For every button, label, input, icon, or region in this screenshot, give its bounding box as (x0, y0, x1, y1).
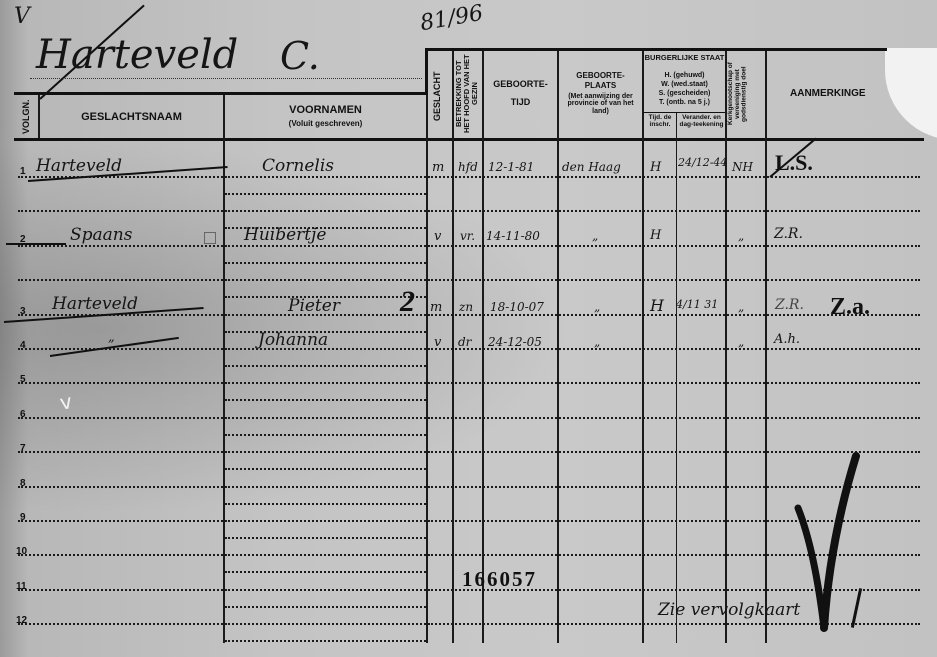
col-header-aanmerkingen: AANMERKINGE (790, 89, 890, 100)
entry-1-firstname: Cornelis (262, 156, 334, 176)
entry-1-status: H (650, 160, 661, 175)
dotted-rule (225, 245, 426, 247)
col-header-geslacht: GESLACHT (433, 60, 447, 132)
bs-option-t: T. (ontb. na 5 j.) (644, 99, 725, 106)
card-notch (885, 48, 937, 140)
entry-3-religion: „ (738, 300, 744, 314)
entry-1-status-change: 24/12-44 (678, 156, 727, 169)
header-initial: C. (280, 34, 320, 78)
dotted-rule (18, 348, 223, 350)
row-number: 7 (20, 443, 26, 454)
row-number: 6 (20, 409, 26, 420)
entry-3-firstname: Pieter (288, 296, 340, 316)
entry-3-sex: m (430, 300, 442, 315)
col-header-voornamen-sub: (Voluit geschreven) (225, 120, 426, 128)
row-number: 9 (20, 512, 26, 523)
dotted-rule (428, 279, 920, 281)
za-stamp: Z.a. (830, 294, 870, 321)
row-number: 3 (20, 306, 26, 317)
large-check-icon (790, 448, 870, 638)
col-header-betrekking: BETREKKING TOT HET HOOFD VAN HET GEZIN (455, 54, 481, 134)
col-header-bs-tijd: Tijd. de inschr. (644, 115, 676, 129)
entry-2-strike (6, 243, 66, 245)
col-header-voornamen: VOORNAMEN (225, 105, 426, 117)
entry-3-remarks: Z.R. (775, 297, 804, 313)
entry-2-religion: „ (738, 229, 744, 243)
entry-1-relation: hfd (458, 160, 478, 174)
entry-2-remarks: Z.R. (774, 226, 803, 242)
entry-1-religion: NH (732, 160, 753, 174)
dotted-rule (225, 262, 426, 264)
dotted-rule (18, 486, 223, 488)
col-header-bs-verander: Verander. en dag-teekening (678, 115, 725, 129)
col-line-bs-tijd (676, 112, 677, 643)
entry-3-mark: 2 (400, 285, 415, 319)
row-number: 5 (20, 374, 26, 385)
registration-number-stamp: 166057 (462, 567, 537, 592)
entry-2-firstname: Huibertje (244, 225, 326, 245)
row-number: 10 (16, 546, 27, 557)
dotted-rule (225, 399, 426, 401)
header-dotted-line (30, 78, 422, 79)
bs-option-s: S. (gescheiden) (644, 90, 725, 97)
dotted-rule (225, 537, 426, 539)
dotted-rule (225, 176, 426, 178)
entry-4-firstname: Johanna (258, 330, 328, 350)
entry-1-birthdate: 12-1-81 (488, 160, 534, 174)
dotted-rule (225, 606, 426, 608)
entry-2-surname: Spaans (70, 225, 132, 245)
entry-4-remarks: A.h. (774, 332, 800, 347)
dotted-rule (428, 210, 920, 212)
dotted-rule (18, 382, 223, 384)
entry-3-birthplace: „ (594, 300, 600, 314)
row-number: 8 (20, 478, 26, 489)
row-number: 11 (16, 581, 27, 592)
faint-v-mark: v (58, 389, 74, 415)
dotted-rule (225, 589, 426, 591)
dotted-rule (225, 279, 426, 281)
dotted-rule (18, 279, 223, 281)
entry-4-relation: dr (458, 335, 471, 349)
entry-4-sex: v (434, 335, 441, 350)
dotted-rule (18, 417, 223, 419)
reference-number: 81/96 (418, 1, 485, 37)
dotted-rule (428, 245, 920, 247)
dotted-rule (428, 382, 920, 384)
entry-2-small-stamp (204, 232, 216, 244)
header-rule-right (425, 48, 887, 51)
row-number: 4 (20, 340, 26, 351)
entry-2-birthplace: „ (592, 229, 598, 243)
col-header-geslachtsnaam: GESLACHTSNAAM (40, 112, 223, 124)
bs-option-w: W. (wed.staat) (644, 81, 725, 88)
col-header-volgnr: VOLGN. (22, 100, 36, 134)
col-header-geboorteplaats-1: GEBOORTE- (559, 72, 642, 80)
entry-3-surname: Harteveld (52, 294, 138, 314)
footer-note: Zie vervolgkaart (658, 600, 800, 620)
dotted-rule (18, 623, 223, 625)
entry-2-sex: v (434, 229, 441, 244)
dotted-rule (225, 554, 426, 556)
bs-subheader-rule (643, 112, 725, 113)
entry-3-birthdate: 18-10-07 (490, 300, 544, 314)
entry-1-birthplace: den Haag (562, 160, 621, 174)
dotted-rule (18, 589, 223, 591)
entry-1-surname: Harteveld (36, 156, 122, 176)
entry-4-surname: „ (108, 330, 115, 345)
header-bottom-rule (14, 138, 924, 141)
dotted-rule (18, 245, 223, 247)
entry-4-birthplace: „ (594, 335, 600, 349)
dotted-rule (428, 176, 920, 178)
header-rule-left (14, 92, 428, 95)
entry-4-birthdate: 24-12-05 (488, 335, 542, 349)
dotted-rule (225, 468, 426, 470)
registration-card: V 81/96 Harteveld C. VOLGN. GESLACHTSNAA… (0, 0, 937, 657)
dotted-rule (18, 451, 223, 453)
dotted-rule (225, 486, 426, 488)
entry-4-religion: „ (738, 335, 744, 349)
row-number: 12 (16, 615, 27, 626)
dotted-rule (225, 623, 426, 625)
col-header-kerkgenootschap: Kerkgenootschap of vereeniging met godsd… (728, 53, 764, 135)
entry-3-status: H (650, 296, 664, 315)
dotted-rule (225, 451, 426, 453)
entry-2-status: H (650, 228, 661, 243)
col-header-geboorteplaats-sub: (Met aanwijzing der provincie of van het… (561, 93, 640, 115)
entry-1-sex: m (432, 160, 444, 175)
row-number: 1 (20, 166, 26, 177)
col-header-geboortetijd-1: GEBOORTE- (484, 80, 557, 89)
bs-option-h: H. (gehuwd) (644, 72, 725, 79)
dotted-rule (225, 503, 426, 505)
dotted-rule (225, 434, 426, 436)
tick-mark: V (14, 4, 30, 29)
col-header-geboortetijd-2: TIJD (484, 98, 557, 107)
col-header-burgerlijke-staat: BURGERLIJKE STAAT (644, 54, 725, 62)
dotted-rule (225, 571, 426, 573)
dotted-rule (225, 417, 426, 419)
dotted-rule (225, 210, 426, 212)
header-rule-step (425, 48, 428, 95)
dotted-rule (225, 640, 426, 642)
dotted-rule (18, 554, 223, 556)
dotted-rule (225, 382, 426, 384)
entry-3-status-change: 4/11 31 (676, 298, 718, 311)
header-surname: Harteveld (36, 32, 238, 78)
entry-3-relation: zn (459, 300, 473, 314)
dotted-rule (225, 520, 426, 522)
dotted-rule (18, 210, 223, 212)
entry-2-relation: vr. (460, 229, 475, 243)
dotted-rule (18, 520, 223, 522)
dotted-rule (225, 365, 426, 367)
dotted-rule (428, 417, 920, 419)
dotted-rule (225, 193, 426, 195)
col-header-geboorteplaats-2: PLAATS (559, 82, 642, 90)
entry-2-birthdate: 14-11-80 (486, 229, 540, 243)
